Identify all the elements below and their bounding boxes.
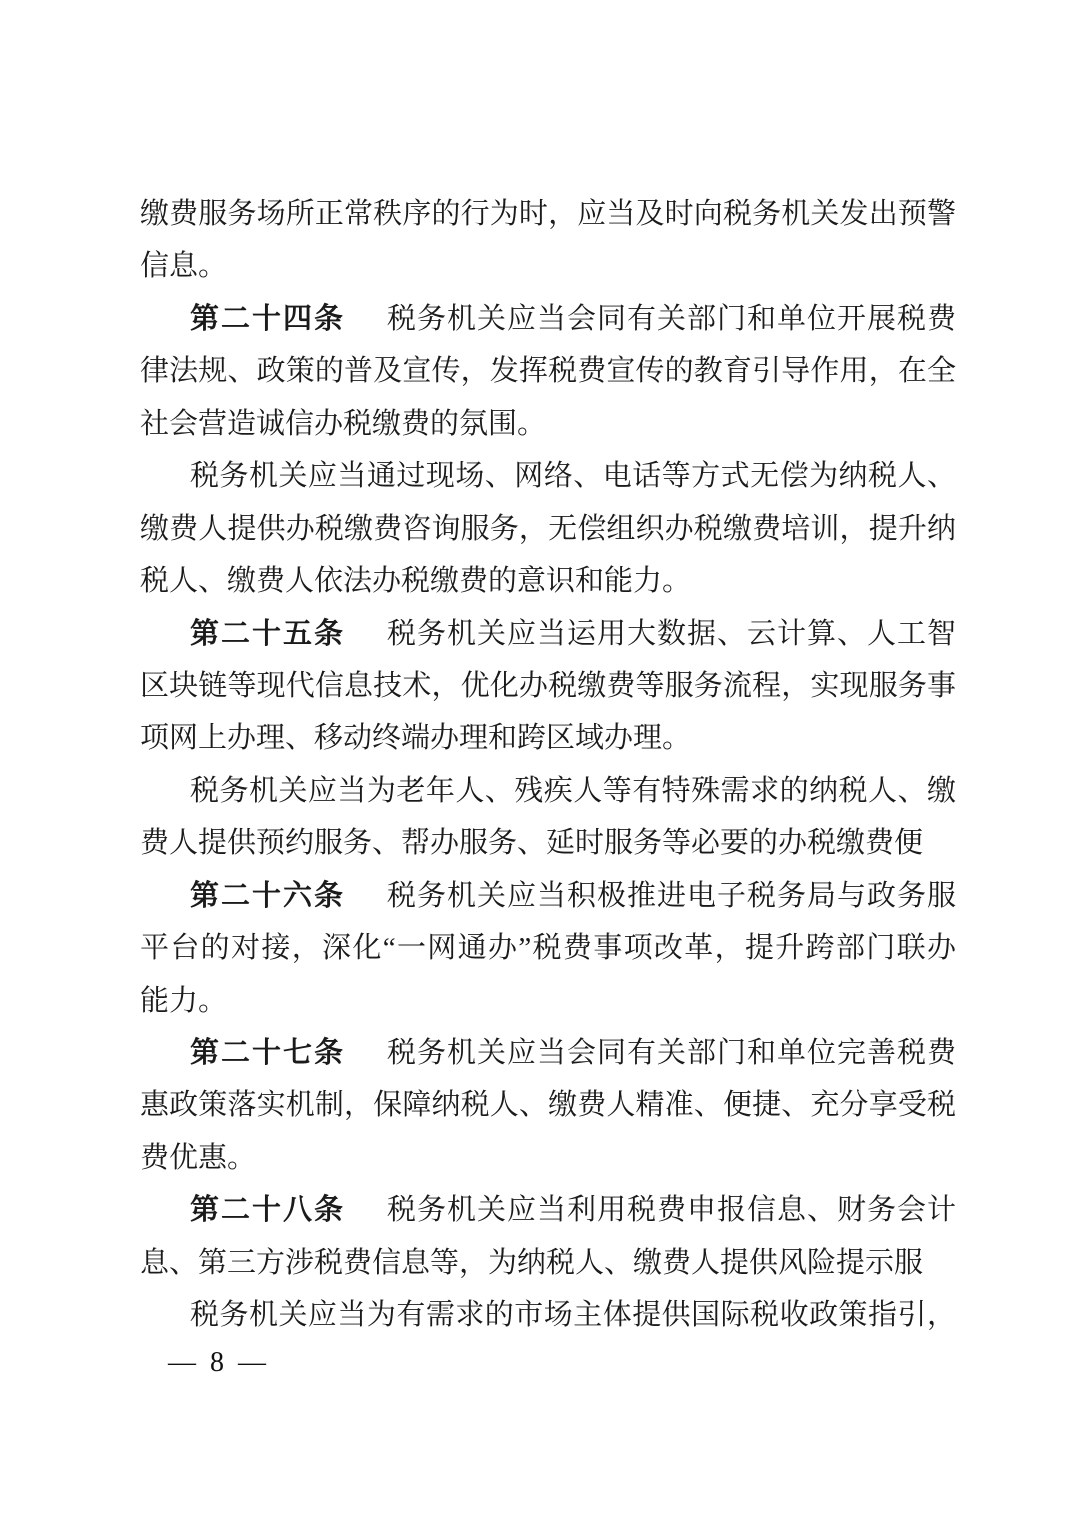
- text-line: 税人、缴费人依法办税缴费的意识和能力。: [140, 555, 956, 607]
- line-text: 费优惠。: [140, 1142, 256, 1174]
- line-text: 税务机关应当为老年人、残疾人等有特殊需求的纳税人、缴: [190, 775, 956, 807]
- article-number: 第二十八条: [190, 1194, 345, 1226]
- text-line: 区块链等现代信息技术，优化办税缴费等服务流程，实现服务事: [140, 660, 956, 712]
- line-text: 社会营造诚信办税缴费的氛围。: [140, 408, 546, 440]
- text-line: 税务机关应当通过现场、网络、电话等方式无偿为纳税人、: [140, 450, 956, 502]
- article-number: 第二十六条: [190, 880, 345, 912]
- page-number: 8: [210, 1347, 224, 1378]
- text-line: 息、第三方涉税费信息等，为纳税人、缴费人提供风险提示服务。: [140, 1237, 956, 1289]
- document-text-block: 缴费服务场所正常秩序的行为时，应当及时向税务机关发出预警 信息。 第二十四条税务…: [140, 188, 956, 1342]
- document-page: 缴费服务场所正常秩序的行为时，应当及时向税务机关发出预警 信息。 第二十四条税务…: [0, 0, 1074, 1520]
- footer-right-dash: —: [238, 1347, 266, 1378]
- line-text: 平台的对接，深化“一网通办”税费事项改革，提升跨部门联办: [140, 932, 956, 964]
- text-line: 税务机关应当为有需求的市场主体提供国际税收政策指引，: [140, 1289, 956, 1341]
- text-line-article-24: 第二十四条税务机关应当会同有关部门和单位开展税费法: [140, 293, 956, 345]
- line-text: 税务机关应当为有需求的市场主体提供国际税收政策指引，: [190, 1299, 956, 1331]
- text-line: 缴费人提供办税缴费咨询服务，无偿组织办税缴费培训，提升纳: [140, 503, 956, 555]
- text-line: 费人提供预约服务、帮办服务、延时服务等必要的办税缴费便利。: [140, 817, 956, 869]
- line-text: 能力。: [140, 985, 227, 1017]
- line-text: 项网上办理、移动终端办理和跨区域办理。: [140, 722, 691, 754]
- article-number: 第二十五条: [190, 618, 345, 650]
- text-line: 缴费服务场所正常秩序的行为时，应当及时向税务机关发出预警: [140, 188, 956, 240]
- text-line-article-27: 第二十七条税务机关应当会同有关部门和单位完善税费优: [140, 1027, 956, 1079]
- text-line: 能力。: [140, 975, 956, 1027]
- line-text: 缴费人提供办税缴费咨询服务，无偿组织办税缴费培训，提升纳: [140, 513, 956, 545]
- line-text: 惠政策落实机制，保障纳税人、缴费人精准、便捷、充分享受税: [140, 1089, 956, 1121]
- article-number: 第二十七条: [190, 1037, 345, 1069]
- line-text: 律法规、政策的普及宣传，发挥税费宣传的教育引导作用，在全: [140, 355, 956, 387]
- text-line: 项网上办理、移动终端办理和跨区域办理。: [140, 712, 956, 764]
- text-line-article-25: 第二十五条税务机关应当运用大数据、云计算、人工智能、: [140, 608, 956, 660]
- line-text: 信息。: [140, 250, 227, 282]
- footer-left-dash: —: [168, 1347, 196, 1378]
- line-text: 息、第三方涉税费信息等，为纳税人、缴费人提供风险提示服务。: [140, 1247, 923, 1289]
- text-line: 平台的对接，深化“一网通办”税费事项改革，提升跨部门联办: [140, 922, 956, 974]
- line-text: 税务机关应当通过现场、网络、电话等方式无偿为纳税人、: [190, 460, 956, 492]
- text-line: 律法规、政策的普及宣传，发挥税费宣传的教育引导作用，在全: [140, 345, 956, 397]
- text-line: 社会营造诚信办税缴费的氛围。: [140, 398, 956, 450]
- line-text: 区块链等现代信息技术，优化办税缴费等服务流程，实现服务事: [140, 670, 956, 702]
- line-text: 税人、缴费人依法办税缴费的意识和能力。: [140, 565, 691, 597]
- text-line: 信息。: [140, 240, 956, 292]
- line-text: 缴费服务场所正常秩序的行为时，应当及时向税务机关发出预警: [140, 198, 956, 230]
- page-number-footer: —8—: [168, 1346, 266, 1380]
- text-line: 惠政策落实机制，保障纳税人、缴费人精准、便捷、充分享受税: [140, 1079, 956, 1131]
- text-line: 费优惠。: [140, 1132, 956, 1184]
- text-line-article-28: 第二十八条税务机关应当利用税费申报信息、财务会计信: [140, 1184, 956, 1236]
- text-line: 税务机关应当为老年人、残疾人等有特殊需求的纳税人、缴: [140, 765, 956, 817]
- line-text: 费人提供预约服务、帮办服务、延时服务等必要的办税缴费便利。: [140, 827, 923, 869]
- text-line-article-26: 第二十六条税务机关应当积极推进电子税务局与政务服务: [140, 870, 956, 922]
- article-number: 第二十四条: [190, 303, 345, 335]
